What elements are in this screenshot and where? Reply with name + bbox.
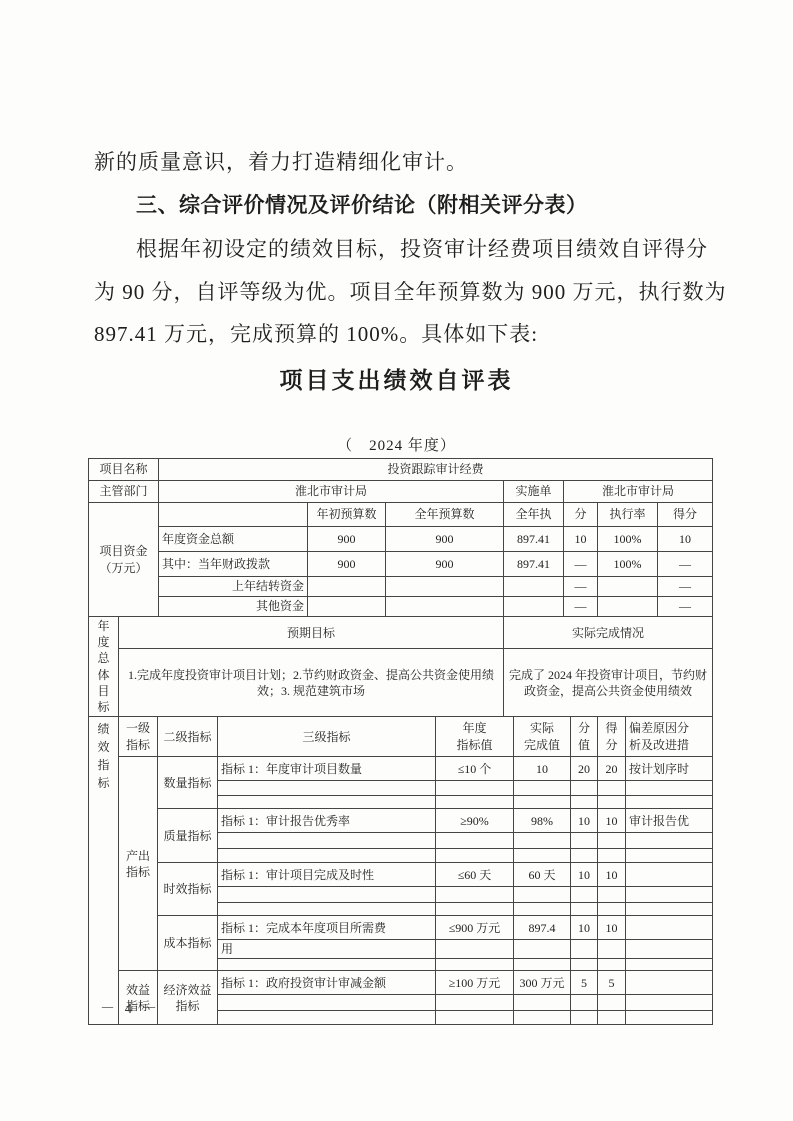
impl-unit-label: 实施单: [504, 481, 564, 503]
empty-cell: [571, 887, 598, 903]
col-header: 年初预算数: [308, 503, 386, 527]
empty-cell: [514, 959, 571, 971]
level2-label: 时效指标: [158, 863, 218, 916]
indicator-name: 指标 1：审计项目完成及时性: [218, 863, 436, 887]
col-header: 年度 指标值: [436, 717, 514, 757]
empty-cell: [626, 940, 713, 959]
fund-value: 900: [308, 527, 386, 552]
empty-cell: [514, 833, 571, 849]
empty-cell: [571, 1011, 598, 1025]
expected-goal-header: 预期目标: [119, 617, 504, 649]
indicator-actual: 98%: [514, 809, 571, 833]
empty-cell: [218, 903, 436, 916]
empty-cell: [436, 833, 514, 849]
dept-value: 淮北市审计局: [159, 481, 504, 503]
indicator-name: 指标 1：年度审计项目数量: [218, 757, 436, 781]
indicator-target: ≤60 天: [436, 863, 514, 887]
indicator-score: 10: [571, 863, 598, 887]
indicator-name: 指标 1：政府投资审计审减金额: [218, 971, 436, 995]
empty-cell: [626, 995, 713, 1011]
empty-cell: [386, 577, 504, 597]
table-year-label: （ 2024 年度）: [0, 434, 793, 455]
fund-value: —: [564, 597, 598, 617]
indicator-actual: 60 天: [514, 863, 571, 887]
empty-cell: [598, 959, 626, 971]
impl-unit-value: 淮北市审计局: [564, 481, 713, 503]
empty-cell: [598, 995, 626, 1011]
empty-cell: [598, 833, 626, 849]
empty-cell: [598, 796, 626, 809]
section-heading: 三、综合评价情况及评价结论（附相关评分表）: [94, 189, 706, 219]
empty-cell: [571, 940, 598, 959]
empty-cell: [218, 959, 436, 971]
indicator-got: 20: [598, 757, 626, 781]
fund-value: 10: [564, 527, 598, 552]
indicator-name: 指标 1：完成本年度项目所需费: [218, 916, 436, 940]
table-row: 效益 指标 经济效益 指标 指标 1：政府投资审计审减金额 ≥100 万元 30…: [89, 971, 713, 995]
indicator-actual: 897.4: [514, 916, 571, 940]
empty-cell: [436, 849, 514, 863]
col-header: 得 分: [598, 717, 626, 757]
fund-value: 897.41: [504, 527, 564, 552]
empty-cell: [218, 833, 436, 849]
fund-value: —: [564, 552, 598, 577]
empty-cell: [218, 849, 436, 863]
indicator-name-wrap: 用: [218, 940, 436, 959]
table-row: 项目资金 （万元） 年初预算数 全年预算数 全年执 分 执行率 得分: [89, 503, 713, 527]
level2-label: 成本指标: [158, 916, 218, 971]
fund-row-label: 年度资金总额: [159, 527, 308, 552]
empty-cell: [308, 577, 386, 597]
indicator-target: ≤10 个: [436, 757, 514, 781]
funds-group-label: 项目资金 （万元）: [89, 503, 159, 617]
empty-cell: [218, 796, 436, 809]
fund-value: 10: [658, 527, 713, 552]
empty-cell: [436, 887, 514, 903]
col-header: 分: [564, 503, 598, 527]
fund-row-label: 上年结转资金: [159, 577, 308, 597]
empty-cell: [598, 781, 626, 796]
empty-cell: [504, 577, 564, 597]
fund-value: 100%: [598, 527, 658, 552]
col-header: 得分: [658, 503, 713, 527]
empty-cell: [436, 959, 514, 971]
empty-cell: [571, 833, 598, 849]
indicator-got: 10: [598, 916, 626, 940]
empty-cell: [571, 903, 598, 916]
indicator-target: ≥90%: [436, 809, 514, 833]
empty-cell: [571, 781, 598, 796]
col-header: 分 值: [571, 717, 598, 757]
col-header: 执行率: [598, 503, 658, 527]
empty-cell: [598, 903, 626, 916]
empty-cell: [308, 597, 386, 617]
indicator-deviation: 按计划序时: [626, 757, 713, 781]
table-row: 成本指标 指标 1：完成本年度项目所需费 ≤900 万元 897.4 10 10: [89, 916, 713, 940]
empty-cell: [514, 796, 571, 809]
actual-goal-header: 实际完成情况: [504, 617, 713, 649]
empty-cell: [514, 903, 571, 916]
table-row: 绩 效 指 标 一级 指标 二级指标 三级指标 年度 指标值 实际 完成值 分 …: [89, 717, 713, 757]
col-header: 偏差原因分 析及改进措: [626, 717, 713, 757]
indicator-name: 指标 1：审计报告优秀率: [218, 809, 436, 833]
table-row: 项目名称 投资跟踪审计经费: [89, 459, 713, 481]
empty-cell: [571, 849, 598, 863]
col-header: 三级指标: [218, 717, 436, 757]
empty-cell: [598, 597, 658, 617]
empty-cell: [218, 887, 436, 903]
empty-cell: [514, 940, 571, 959]
col-header: 全年执: [504, 503, 564, 527]
empty-cell: [598, 577, 658, 597]
empty-cell: [626, 959, 713, 971]
empty-cell: [571, 995, 598, 1011]
page-number: － 4 －: [100, 997, 160, 1018]
table-row: 主管部门 淮北市审计局 实施单 淮北市审计局: [89, 481, 713, 503]
level2-label: 质量指标: [158, 809, 218, 863]
empty-cell: [626, 887, 713, 903]
empty-cell: [626, 833, 713, 849]
table-row: 年度 总体 目标 预期目标 实际完成情况: [89, 617, 713, 649]
project-name-value: 投资跟踪审计经费: [159, 459, 713, 481]
empty-cell: [514, 781, 571, 796]
indicator-score: 10: [571, 809, 598, 833]
empty-cell: [159, 503, 308, 527]
paragraph-line: 新的质量意识，着力打造精细化审计。: [94, 146, 706, 176]
empty-cell: [436, 995, 514, 1011]
table-row: 上年结转资金 — —: [89, 577, 713, 597]
empty-cell: [514, 995, 571, 1011]
table-row: 其他资金 — —: [89, 597, 713, 617]
paragraph-line: 897.41 万元，完成预算的 100%。具体如下表:: [94, 318, 706, 348]
empty-cell: [436, 903, 514, 916]
table-row: 产出 指标 数量指标 指标 1：年度审计项目数量 ≤10 个 10 20 20 …: [89, 757, 713, 781]
empty-cell: [598, 1011, 626, 1025]
annual-goal-table: 年度 总体 目标 预期目标 实际完成情况 1.完成年度投资审计项目计划；2.节约…: [88, 616, 713, 717]
empty-cell: [218, 781, 436, 796]
indicator-target: ≥100 万元: [436, 971, 514, 995]
level2-label: 经济效益 指标: [158, 971, 218, 1025]
col-header: 一级 指标: [119, 717, 158, 757]
empty-cell: [514, 1011, 571, 1025]
fund-value: —: [564, 577, 598, 597]
empty-cell: [386, 597, 504, 617]
empty-cell: [626, 796, 713, 809]
level2-label: 数量指标: [158, 757, 218, 809]
project-name-label: 项目名称: [89, 459, 159, 481]
col-header: 二级指标: [158, 717, 218, 757]
empty-cell: [436, 781, 514, 796]
indicator-score: 5: [571, 971, 598, 995]
fund-value: —: [658, 552, 713, 577]
empty-cell: [626, 849, 713, 863]
table-row: 1.完成年度投资审计项目计划；2.节约财政资金、提高公共资金使用绩效；3. 规范…: [89, 649, 713, 717]
fund-value: 897.41: [504, 552, 564, 577]
empty-cell: [626, 781, 713, 796]
empty-cell: [598, 940, 626, 959]
empty-cell: [626, 903, 713, 916]
fund-value: 900: [386, 527, 504, 552]
empty-cell: [218, 1011, 436, 1025]
empty-cell: [436, 1011, 514, 1025]
indicator-deviation: 审计报告优: [626, 809, 713, 833]
table-row: 其中：当年财政拨款 900 900 897.41 — 100% —: [89, 552, 713, 577]
table-row: 质量指标 指标 1：审计报告优秀率 ≥90% 98% 10 10 审计报告优: [89, 809, 713, 833]
indicator-score: 20: [571, 757, 598, 781]
indicator-deviation: [626, 971, 713, 995]
empty-cell: [571, 796, 598, 809]
empty-cell: [598, 849, 626, 863]
indicator-actual: 10: [514, 757, 571, 781]
indicator-score: 10: [571, 916, 598, 940]
goal-group-label: 年度 总体 目标: [89, 617, 119, 717]
empty-cell: [626, 1011, 713, 1025]
table-title: 项目支出绩效自评表: [0, 362, 793, 395]
fund-value: 100%: [598, 552, 658, 577]
empty-cell: [571, 959, 598, 971]
table-row: 年度资金总额 900 900 897.41 10 100% 10: [89, 527, 713, 552]
paragraph-line: 为 90 分，自评等级为优。项目全年预算数为 900 万元，执行数为: [94, 276, 706, 306]
indicator-deviation: [626, 863, 713, 887]
indicator-corner-label: 绩 效 指 标: [89, 717, 119, 1025]
indicator-got: 10: [598, 863, 626, 887]
indicator-deviation: [626, 916, 713, 940]
empty-cell: [514, 849, 571, 863]
paragraph-line: 根据年初设定的绩效目标，投资审计经费项目绩效自评得分: [94, 233, 706, 263]
fund-value: —: [658, 597, 713, 617]
fund-value: 900: [386, 552, 504, 577]
empty-cell: [436, 796, 514, 809]
indicator-got: 5: [598, 971, 626, 995]
empty-cell: [504, 597, 564, 617]
col-header: 实际 完成值: [514, 717, 571, 757]
empty-cell: [436, 940, 514, 959]
self-evaluation-table: 项目名称 投资跟踪审计经费 主管部门 淮北市审计局 实施单 淮北市审计局 项目资…: [88, 458, 712, 1025]
indicator-table: 绩 效 指 标 一级 指标 二级指标 三级指标 年度 指标值 实际 完成值 分 …: [88, 716, 713, 1025]
document-page: 新的质量意识，着力打造精细化审计。 三、综合评价情况及评价结论（附相关评分表） …: [0, 0, 793, 1121]
empty-cell: [598, 887, 626, 903]
indicator-actual: 300 万元: [514, 971, 571, 995]
empty-cell: [218, 995, 436, 1011]
expected-goal-text: 1.完成年度投资审计项目计划；2.节约财政资金、提高公共资金使用绩效；3. 规范…: [119, 649, 504, 717]
fund-row-label: 其中：当年财政拨款: [159, 552, 308, 577]
dept-label: 主管部门: [89, 481, 159, 503]
actual-goal-text: 完成了 2024 年投资审计项目，节约财政资金，提高公共资金使用绩效: [504, 649, 713, 717]
project-info-table: 项目名称 投资跟踪审计经费 主管部门 淮北市审计局 实施单 淮北市审计局 项目资…: [88, 458, 713, 617]
table-row: 时效指标 指标 1：审计项目完成及时性 ≤60 天 60 天 10 10: [89, 863, 713, 887]
fund-value: —: [658, 577, 713, 597]
col-header: 全年预算数: [386, 503, 504, 527]
fund-row-label: 其他资金: [159, 597, 308, 617]
level1-output-label: 产出 指标: [119, 757, 158, 971]
indicator-got: 10: [598, 809, 626, 833]
indicator-target: ≤900 万元: [436, 916, 514, 940]
fund-value: 900: [308, 552, 386, 577]
empty-cell: [514, 887, 571, 903]
